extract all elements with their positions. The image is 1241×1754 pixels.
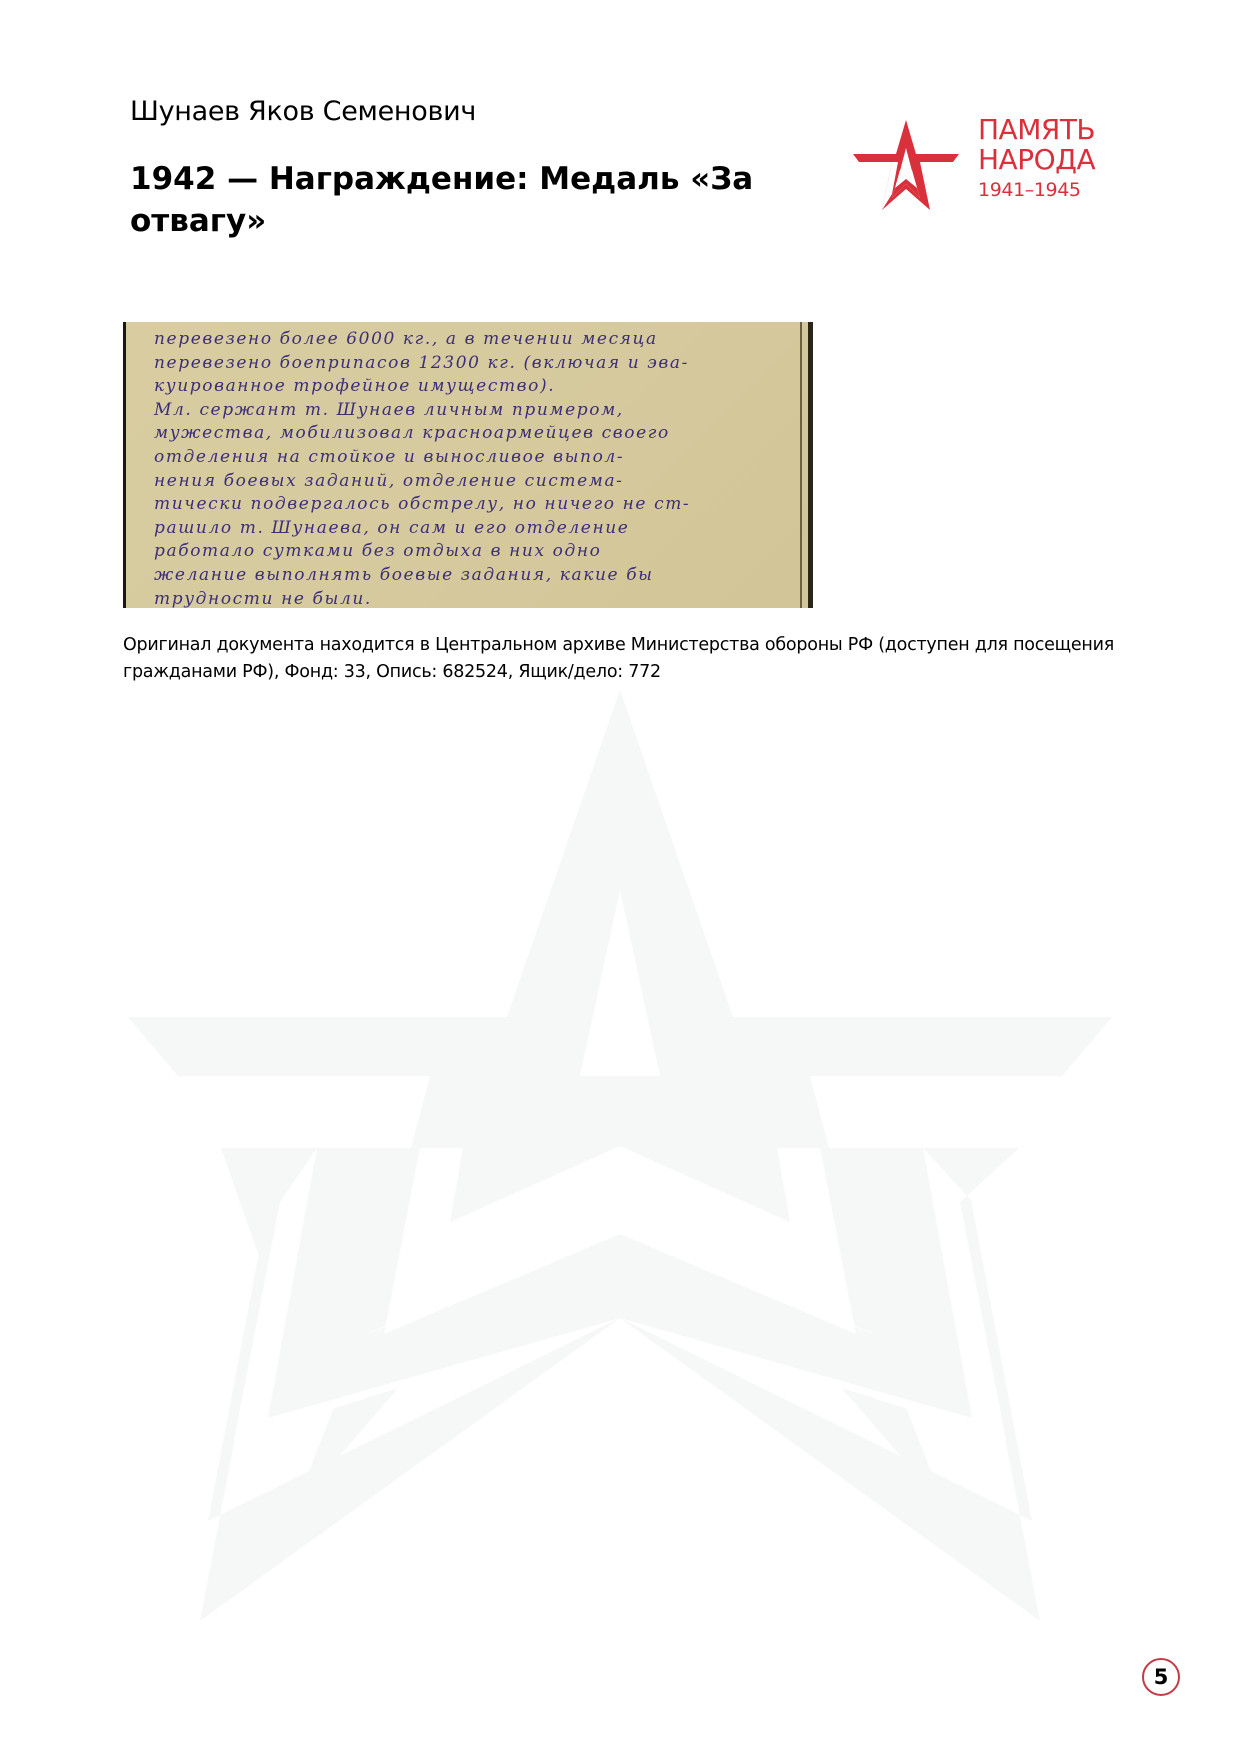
handwritten-line: желание выполнять боевые задания, какие … [154,564,788,588]
handwritten-line: нения боевых заданий, отделение система- [154,470,788,494]
handwritten-line: перевезено боеприпасов 12300 кг. (включа… [154,352,788,376]
red-star-icon [846,118,966,218]
handwritten-line: перевезено более 6000 кг., а в течении м… [154,328,788,352]
handwritten-line: рашило т. Шунаева, он сам и его отделени… [154,517,788,541]
person-name: Шунаев Яков Семенович [130,96,476,127]
page-number: 5 [1142,1658,1180,1696]
handwritten-line: трудности не были. [154,588,788,608]
logo-pamyat-naroda[interactable]: ПАМЯТЬ НАРОДА 1941–1945 [846,115,1126,225]
logo-years: 1941–1945 [978,177,1095,203]
logo-line-1: ПАМЯТЬ [978,115,1095,145]
logo-text: ПАМЯТЬ НАРОДА 1941–1945 [978,115,1095,203]
handwritten-line: отделения на стойкое и выносливое выпол- [154,446,788,470]
handwritten-line: куированное трофейное имущество). [154,375,788,399]
handwritten-line: мужества, мобилизовал красноармейцев сво… [154,422,788,446]
handwritten-line: работало сутками без отдыха в них одно [154,540,788,564]
handwritten-line: тически подвергалось обстрелу, но ничего… [154,493,788,517]
logo-line-2: НАРОДА [978,145,1095,175]
handwritten-line: Мл. сержант т. Шунаев личным примером, [154,399,788,423]
archive-source-caption: Оригинал документа находится в Центральн… [123,632,1123,686]
handwritten-text: перевезено более 6000 кг., а в течении м… [154,328,788,608]
watermark-star-detail-icon [0,0,1241,1754]
event-title: 1942 — Награждение: Медаль «За отвагу» [130,158,810,242]
archive-document-scan[interactable]: перевезено более 6000 кг., а в течении м… [123,322,813,608]
